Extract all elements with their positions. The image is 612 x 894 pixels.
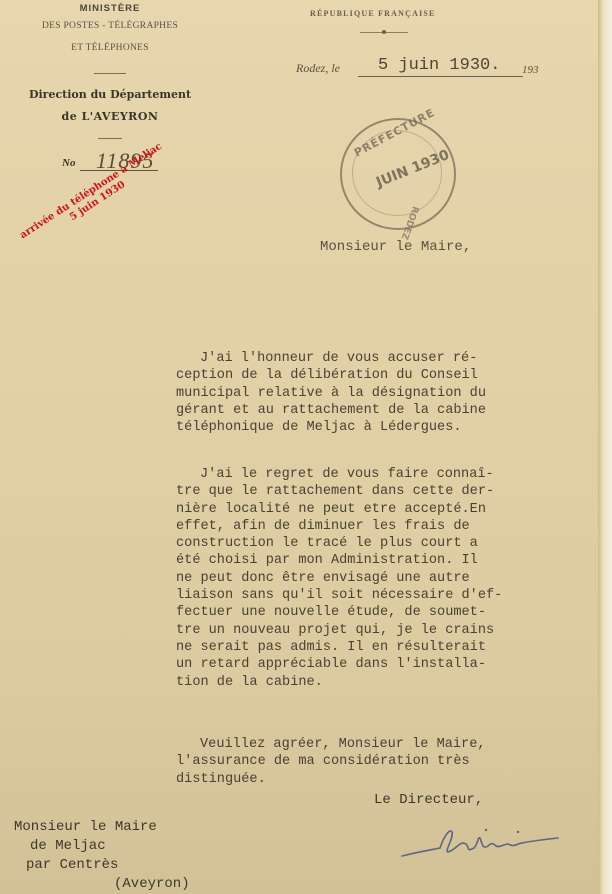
text-line: téléphonique de Meljac à Lédergues. — [176, 419, 486, 436]
recipient-address: Monsieur le Mairede Meljacpar Centrès(Av… — [14, 818, 190, 894]
text-line: été choisi par mon Administration. Il — [176, 552, 502, 569]
text-line: J'ai l'honneur de vous accuser ré- — [176, 350, 486, 367]
address-line: par Centrès — [14, 856, 190, 875]
republic-heading: RÉPUBLIQUE FRANÇAISE — [310, 9, 436, 18]
divider-ornament — [382, 30, 386, 34]
place-label: Rodez, le — [296, 61, 340, 76]
text-line: ne peut donc être envisagé une autre — [176, 570, 502, 587]
divider — [98, 138, 122, 139]
text-line: ception de la délibération du Conseil — [176, 367, 486, 384]
text-line: effet, afin de diminuer les frais de — [176, 518, 502, 535]
paragraph-3: Veuillez agréer, Monsieur le Maire,l'ass… — [176, 736, 486, 788]
department-heading: de L'AVEYRON — [0, 110, 220, 123]
text-line: construction le tracé le plus court a — [176, 535, 502, 552]
text-line: tre que le rattachement dans cette der- — [176, 483, 502, 500]
salutation: Monsieur le Maire, — [320, 239, 471, 255]
ministry-subtitle: DES POSTES - TÉLÉGRAPHES — [0, 21, 220, 31]
ministry-title: MINISTÈRE — [0, 3, 220, 14]
date-year-prefix: 193 — [522, 64, 539, 76]
text-line: Veuillez agréer, Monsieur le Maire, — [176, 736, 486, 753]
text-line: l'assurance de ma considération très — [176, 753, 486, 770]
signoff: Le Directeur, — [374, 792, 483, 808]
date-underline — [358, 76, 523, 77]
address-line: de Meljac — [14, 837, 190, 856]
text-line: un retard appréciable dans l'installa- — [176, 656, 502, 673]
text-line: gérant et au rattachement de la cabine — [176, 402, 486, 419]
direction-heading: Direction du Département — [0, 88, 220, 101]
signature-icon — [400, 822, 560, 862]
divider — [94, 73, 126, 74]
text-line: fectuer une nouvelle étude, de soumet- — [176, 604, 502, 621]
paper-edge — [598, 0, 612, 894]
paragraph-2: J'ai le regret de vous faire connaî-tre … — [176, 466, 502, 691]
text-line: nière localité ne peut etre accepté.En — [176, 501, 502, 518]
text-line: tre un nouveau projet qui, je le crains — [176, 622, 502, 639]
text-line: liaison sans qu'il soit nécessaire d'ef- — [176, 587, 502, 604]
letter-date: 5 juin 1930. — [378, 56, 500, 75]
text-line: distinguée. — [176, 771, 486, 788]
address-line: (Aveyron) — [14, 875, 190, 894]
text-line: ne serait pas admis. Il en résulterait — [176, 639, 502, 656]
ministry-subtitle-2: ET TÉLÉPHONES — [0, 43, 220, 53]
text-line: J'ai le regret de vous faire connaî- — [176, 466, 502, 483]
text-line: tion de la cabine. — [176, 674, 502, 691]
number-label: No — [62, 157, 75, 169]
address-line: Monsieur le Maire — [14, 818, 190, 837]
text-line: municipal relative à la désignation du — [176, 385, 486, 402]
paragraph-1: J'ai l'honneur de vous accuser ré-ceptio… — [176, 350, 486, 436]
